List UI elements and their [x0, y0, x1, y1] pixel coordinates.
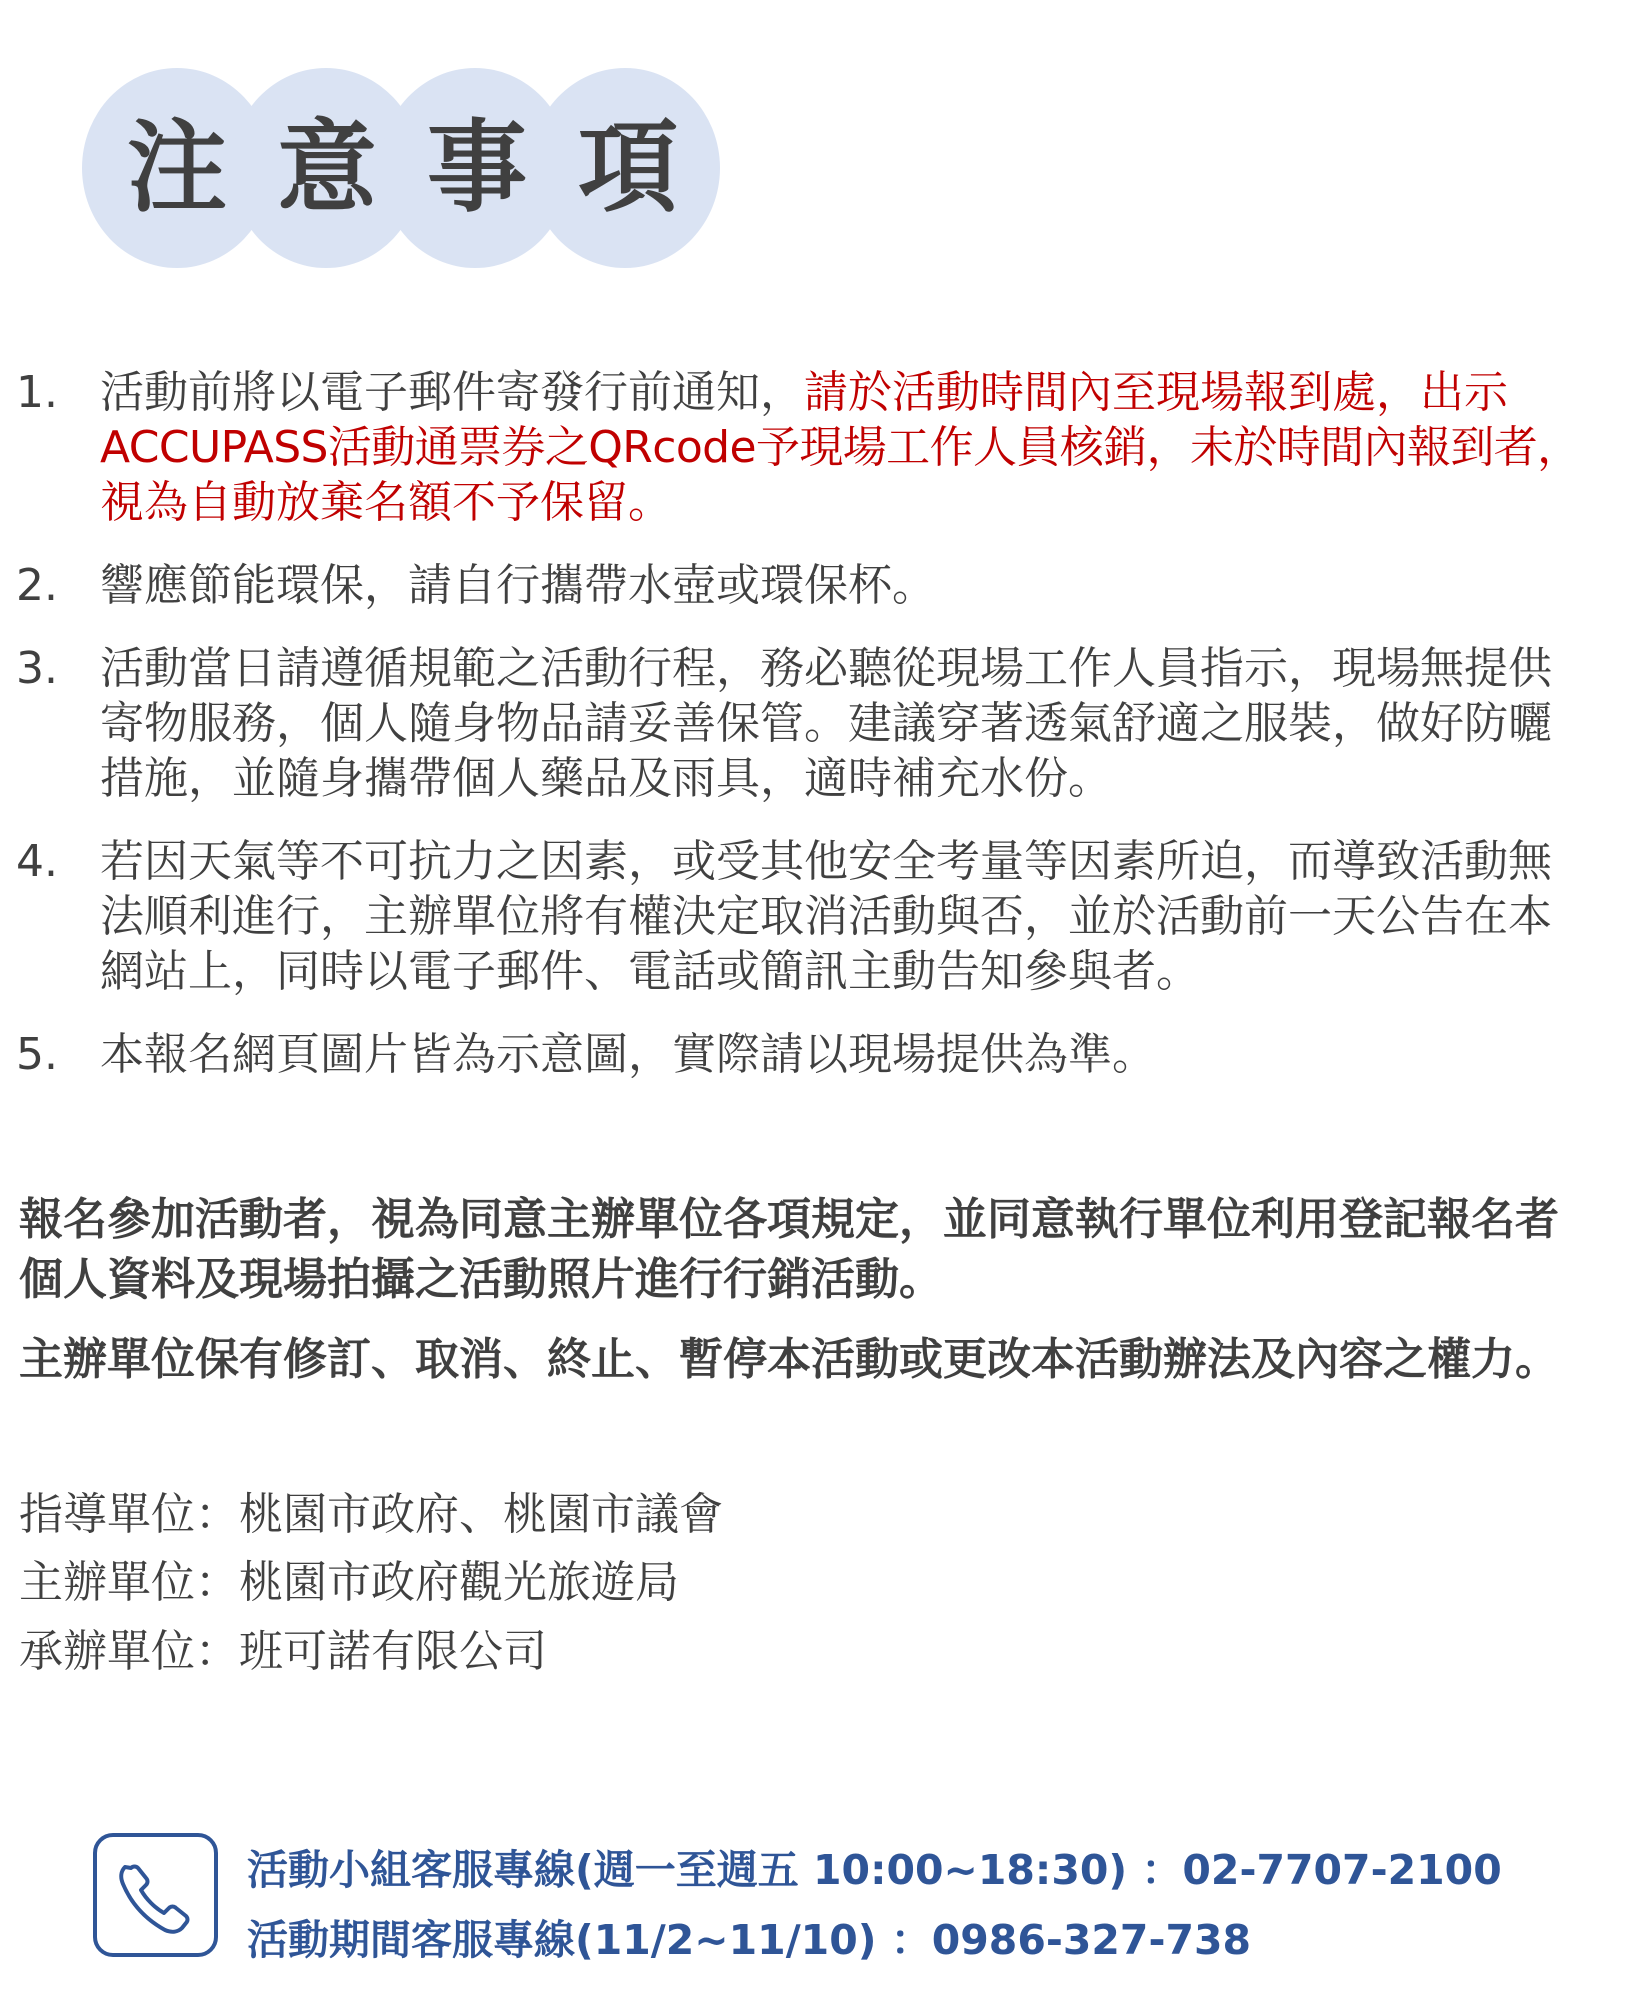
contact-phone[interactable]: 0986-327-738 — [932, 1916, 1251, 1964]
notice-text: 活動當日請遵循規範之活動行程，務必聽從現場工作人員指示，現場無提供 — [100, 641, 1652, 696]
contact-lines: 活動小組客服專線(週一至週五 10:00~18:30) ：02-7707-210… — [247, 1835, 1502, 1975]
organizer-executor: 承辦單位：班可諾有限公司 — [19, 1618, 547, 1686]
notice-text: 措施，並隨身攜帶個人藥品及雨具，適時補充水份。 — [100, 751, 1652, 806]
organizer-host: 主辦單位：桃園市政府觀光旅遊局 — [19, 1549, 679, 1617]
notice-text: 響應節能環保，請自行攜帶水壺或環保杯。 — [100, 558, 1652, 613]
contact-line-team: 活動小組客服專線(週一至週五 10:00~18:30) ：02-7707-210… — [247, 1835, 1502, 1905]
phone-icon — [93, 1833, 218, 1957]
notice-item-2: 2. 響應節能環保，請自行攜帶水壺或環保杯。 — [0, 558, 1652, 613]
heading-char: 項 — [533, 68, 723, 268]
contact-line-event: 活動期間客服專線(11/2~11/10) ：0986-327-738 — [247, 1905, 1502, 1975]
rights-statement: 主辦單位保有修訂、取消、終止、暫停本活動或更改本活動辦法及內容之權力。 — [19, 1330, 1639, 1390]
notice-number: 2. — [16, 558, 86, 613]
organizer-value: 桃園市政府觀光旅遊局 — [239, 1557, 679, 1608]
organizer-label: 承辦單位： — [19, 1626, 239, 1677]
contact-phone[interactable]: 02-7707-2100 — [1182, 1846, 1501, 1894]
notice-number: 1. — [16, 365, 86, 420]
notice-highlight: 視為自動放棄名額不予保留。 — [100, 475, 1652, 530]
organizer-value: 班可諾有限公司 — [239, 1626, 547, 1677]
consent-paragraph: 報名參加活動者，視為同意主辦單位各項規定，並同意執行單位利用登記報名者 個人資料… — [19, 1190, 1639, 1310]
notice-item-4: 4. 若因天氣等不可抗力之因素，或受其他安全考量等因素所迫，而導致活動無 法順利… — [0, 834, 1652, 999]
notice-number: 3. — [16, 641, 86, 696]
organizer-label: 主辦單位： — [19, 1557, 239, 1608]
notice-text: 活動前將以電子郵件寄發行前通知， — [100, 367, 804, 418]
notice-number: 5. — [16, 1027, 86, 1082]
notice-text: 若因天氣等不可抗力之因素，或受其他安全考量等因素所迫，而導致活動無 — [100, 834, 1652, 889]
notice-item-5: 5. 本報名網頁圖片皆為示意圖，實際請以現場提供為準。 — [0, 1027, 1652, 1082]
consent-line: 報名參加活動者，視為同意主辦單位各項規定，並同意執行單位利用登記報名者 — [19, 1190, 1639, 1250]
contact-label: 活動小組客服專線(週一至週五 10:00~18:30) ： — [247, 1846, 1182, 1894]
notice-highlight: 請於活動時間內至現場報到處，出示 — [804, 367, 1508, 418]
phone-handset-icon — [111, 1851, 201, 1941]
notice-item-3: 3. 活動當日請遵循規範之活動行程，務必聽從現場工作人員指示，現場無提供 寄物服… — [0, 641, 1652, 806]
notice-highlight: ACCUPASS活動通票券之QRcode予現場工作人員核銷，未於時間內報到者， — [100, 420, 1652, 475]
notice-text: 法順利進行，主辦單位將有權決定取消活動與否，並於活動前一天公告在本 — [100, 889, 1652, 944]
notice-text: 本報名網頁圖片皆為示意圖，實際請以現場提供為準。 — [100, 1027, 1652, 1082]
contact-label: 活動期間客服專線(11/2~11/10) ： — [247, 1916, 932, 1964]
organizer-guidance: 指導單位：桃園市政府、桃園市議會 — [19, 1481, 723, 1549]
notice-line: 活動前將以電子郵件寄發行前通知，請於活動時間內至現場報到處，出示 — [100, 365, 1652, 420]
notice-item-1: 1. 活動前將以電子郵件寄發行前通知，請於活動時間內至現場報到處，出示 ACCU… — [0, 365, 1652, 530]
rights-line: 主辦單位保有修訂、取消、終止、暫停本活動或更改本活動辦法及內容之權力。 — [19, 1330, 1639, 1390]
organizer-label: 指導單位： — [19, 1489, 239, 1540]
notice-number: 4. — [16, 834, 86, 889]
consent-line: 個人資料及現場拍攝之活動照片進行行銷活動。 — [19, 1250, 1639, 1310]
organizer-value: 桃園市政府、桃園市議會 — [239, 1489, 723, 1540]
notice-text: 寄物服務，個人隨身物品請妥善保管。建議穿著透氣舒適之服裝，做好防曬 — [100, 696, 1652, 751]
notice-text: 網站上，同時以電子郵件、電話或簡訊主動告知參與者。 — [100, 944, 1652, 999]
page-heading: 注 意 事 項 — [82, 68, 722, 268]
notice-list: 1. 活動前將以電子郵件寄發行前通知，請於活動時間內至現場報到處，出示 ACCU… — [0, 365, 1652, 1110]
